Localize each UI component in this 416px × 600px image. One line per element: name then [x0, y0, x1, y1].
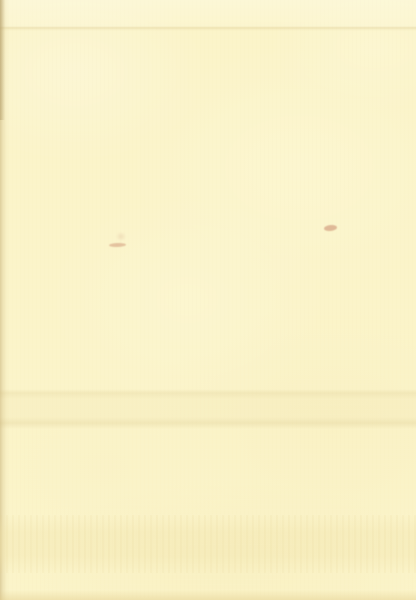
horizontal-crease-band-middle — [0, 389, 416, 429]
ink-smudge-left-faint-halo — [116, 232, 126, 241]
page-left-edge-corner-shadow — [0, 0, 5, 120]
top-light-strip — [0, 0, 416, 27]
horizontal-crease-top — [0, 26, 416, 31]
scanned-blank-page — [0, 0, 416, 600]
page-bottom-edge-shadow — [0, 590, 416, 600]
paper-grain — [0, 0, 416, 600]
shadow-band-lower — [0, 515, 416, 573]
